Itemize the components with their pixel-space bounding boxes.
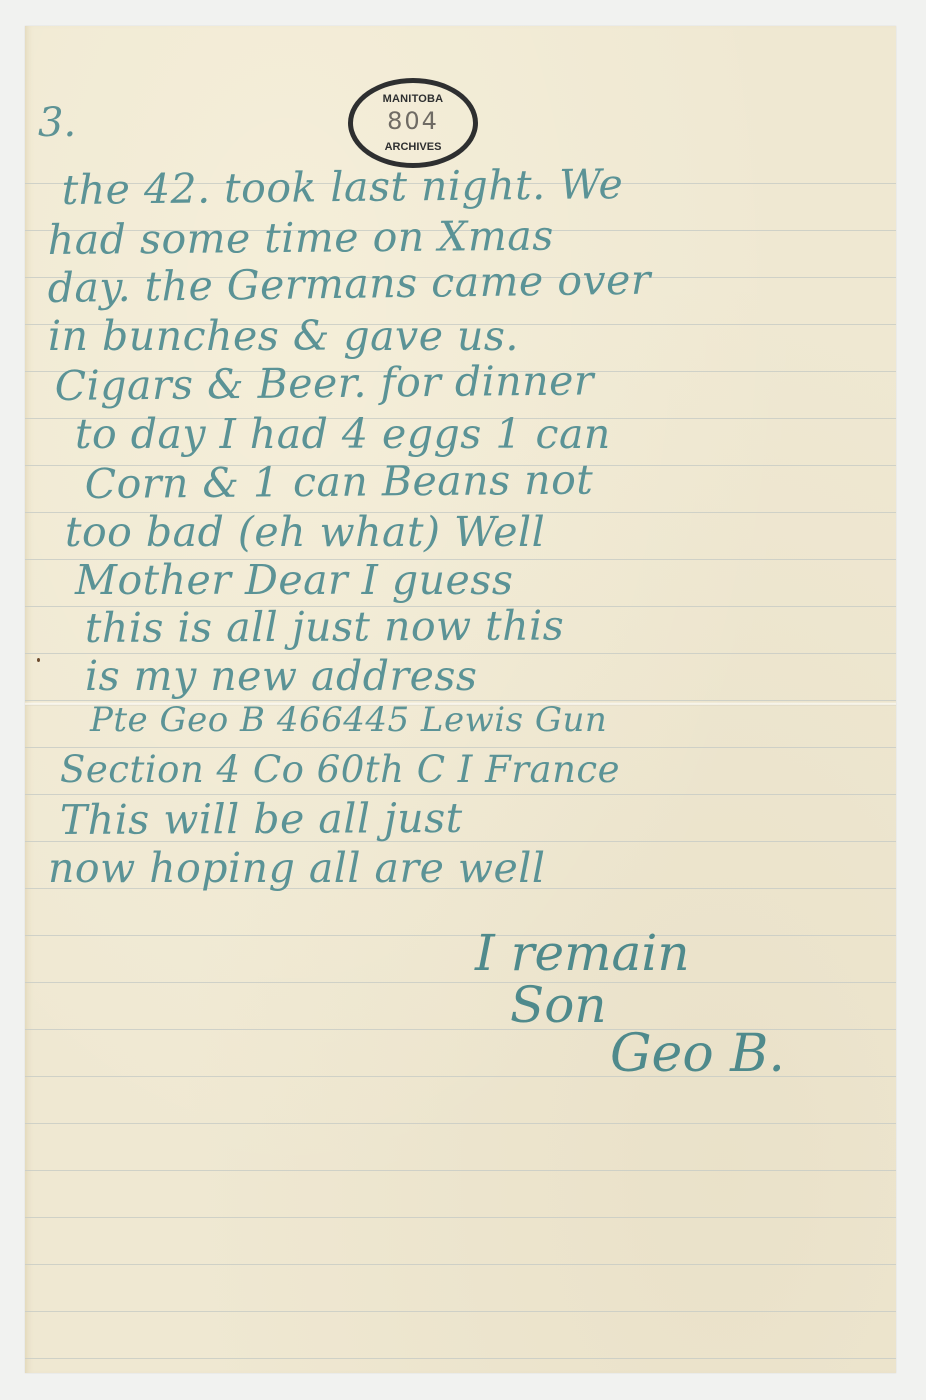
signature: Geo B. — [610, 1024, 785, 1084]
letter-line: the 42. took last night. We — [61, 160, 623, 214]
letter-line: in bunches & gave us. — [48, 312, 519, 360]
letter-line: Corn & 1 can Beans not — [85, 456, 594, 508]
letter-line: Pte Geo B 466445 Lewis Gun — [90, 700, 607, 740]
letter-line: This will be all just — [60, 794, 463, 844]
letter-line: Cigars & Beer. for dinner — [54, 356, 594, 410]
closing-remain: I remain — [475, 924, 690, 982]
letter-line: day. the Germans came over — [47, 256, 651, 312]
letter-line: too bad (eh what) Well — [65, 508, 545, 556]
letter-line: Section 4 Co 60th C I France — [60, 748, 620, 791]
letter-line: this is all just now this — [85, 601, 565, 652]
letter-body: the 42. took last night. We had some tim… — [0, 0, 926, 1400]
closing-son: Son — [510, 976, 607, 1034]
letter-line: had some time on Xmas — [48, 212, 554, 264]
letter-line: to day I had 4 eggs 1 can — [75, 410, 611, 458]
letter-line: is my new address — [85, 652, 477, 700]
letter-line: now hoping all are well — [48, 844, 545, 892]
letter-line: Mother Dear I guess — [75, 556, 513, 604]
